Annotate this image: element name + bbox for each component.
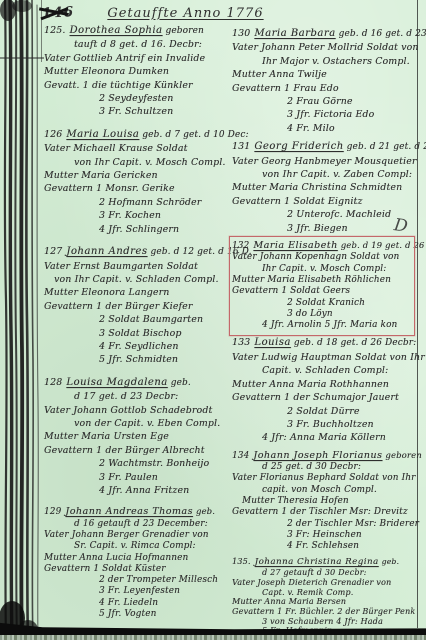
entry-name-suffix: geboren [166,26,204,36]
entry-line: Vater Ludwig Hauptman Soldat von Ihr [232,351,420,364]
entry-line: 2 der Tischler Msr: Briderer [232,519,420,530]
entry-line: 4 Fr. Liedeln [44,598,236,609]
page-title: Getauffte Anno 1776 [107,6,263,21]
entry-name-line: 135.Johanna Christina Reginageb. [232,557,420,568]
register-entry: 135.Johanna Christina Reginageb. d 27 ge… [232,557,420,636]
entry-line: Mutter Eleonora Langern [44,286,236,299]
register-entry: 129Johann Andreas Thomasgeb. d 16 getauf… [44,506,236,620]
register-page: 146 Getauffte Anno 1776 125.Dorothea Sop… [0,0,426,640]
entry-line: 4 Jfr: Anna Maria Köllern [232,431,420,444]
entry-number: 127 [44,246,62,257]
entry-name-suffix: geb. [382,557,399,566]
entry-line: Gevattern 1 der Tischler Msr: Drevitz [232,507,420,518]
entry-name-line: 125.Dorothea Sophiageboren [44,24,236,38]
entry-lines: d 25 get. d 30 Decbr:Vater Florianus Bep… [232,462,420,552]
entry-line: Gevattern 1 der Bürger Kiefer [44,300,236,313]
entry-line: Mutter Eleonora Dumken [44,65,236,78]
register-entry: 134Johann Joseph Florianusgeboren d 25 g… [232,450,420,553]
entry-name: Maria Elisabeth [253,240,337,251]
entry-line: Capt. v. Remik Comp. [232,588,420,598]
entry-line: Vater Gottlieb Antrif ein Invalide [44,52,236,65]
entry-line: d 16 getauft d 23 December: [44,519,236,530]
column-left: 125.Dorothea Sophiageboren tauft d 8 get… [44,24,236,629]
entry-name-suffix: geb. [171,378,191,388]
entry-name: Johann Andreas Thomas [65,506,193,517]
entry-line: Mutter Anna Maria Bersen [232,597,420,607]
entry-line: 3 Fr. Paulen [44,471,236,484]
entry-line: Gevattern 1 Monsr. Gerike [44,182,236,195]
entry-line: 4 Jfr. Anna Fritzen [44,484,236,497]
entry-line: 3 do Löyn [232,309,420,320]
entry-line: 2 Frau Görne [232,95,420,108]
entry-line: 2 Seydeyfesten [44,92,236,105]
entry-lines: Vater Johann Kopenhagn Soldat vonIhr Cap… [232,252,420,331]
register-entry: 133Louisageb. d 18 get. d 26 Decbr: Vate… [232,336,420,444]
entry-name-suffix: geb. d 19 get. d 26 Decbr [341,240,426,250]
entry-number: 134 [232,451,249,461]
entry-line: 3 Soldat Bischop [44,327,236,340]
entry-line: 2 der Trompeter Millesch [44,575,236,586]
page-header: 146 Getauffte Anno 1776 [42,2,382,21]
entry-line: Gevattern 1 der Schumajor Jauert [232,391,420,404]
register-entry: 127Johann Andresgeb. d 12 get. d 16 D. V… [44,245,236,367]
entry-line: 3 Jfr. Biegen [232,222,420,235]
entry-line: 2 Wachtmstr. Bonheijo [44,457,236,470]
entry-line: Ihr Capit. v. Mosch Compl: [232,264,420,275]
entry-name-suffix: geb. d 21 get. d 26 Decbr [347,142,426,152]
entry-name: Georg Friderich [254,141,343,152]
entry-name-suffix: geboren [385,450,421,460]
entry-line: 5 Jfr. Schmidten [44,353,236,366]
entry-name-suffix: geb. d 16 get. d 23 D. [339,29,426,39]
entry-lines: Vater Ernst Baumgarten Soldatvon Ihr Cap… [44,260,236,367]
register-entry: 131Georg Friderichgeb. d 21 get. d 26 De… [232,140,420,235]
entry-line: 2 Hofmann Schröder [44,196,236,209]
entry-line: Gevatt. 1 die tüchtige Künkler [44,79,236,92]
entry-line: 3 Fr. Kochen [44,209,236,222]
entry-line: Vater Ernst Baumgarten Soldat [44,260,236,273]
entry-name: Louisa Magdalena [66,377,167,388]
binding-ink-streaks [0,0,44,640]
entry-line: Vater Johann Peter Mollrid Soldat von [232,41,420,54]
entry-line: Vater Johann Kopenhagn Soldat von [232,252,420,263]
entry-number: 133 [232,337,250,348]
entry-lines: Vater Michaell Krause Soldatvon Ihr Capi… [44,142,236,236]
entry-line: 3 Jfr. Fictoria Edo [232,108,420,121]
entry-number: 131 [232,141,250,152]
entry-line: Vater Johann Berger Grenadier von [44,530,236,541]
entry-lines: Vater Ludwig Hauptman Soldat von IhrCapi… [232,351,420,445]
entry-name: Maria Barbara [254,28,335,39]
entry-line: 5 Jfr. Vogten [44,609,236,620]
entry-line: Gevattern 1 Soldat Geers [232,286,420,297]
entry-line: Vater Johann Gottlob Schadebrodt [44,404,236,417]
entry-line: tauft d 8 get. d 16. Decbr: [44,38,236,51]
entry-lines: Vater Georg Hanbmeyer Mousquetiervon Ihr… [232,155,420,235]
register-entry: 130Maria Barbarageb. d 16 get. d 23 D. V… [232,27,420,135]
entry-line: Mutter Theresia Hofen [232,496,420,507]
entry-line: Mutter Maria Christina Schmidten [232,181,420,194]
entry-line: 2 Unterofc. Machleid [232,208,420,221]
register-entry: 132Maria Elisabethgeb. d 19 get. d 26 De… [232,240,420,331]
entry-line: Sr. Capit. v. Rimca Compl: [44,541,236,552]
entry-line: d 25 get. d 30 Decbr: [232,462,420,473]
register-entry: 128Louisa Magdalenageb. d 17 get. d 23 D… [44,376,236,498]
entry-line: 2 Soldat Dürre [232,405,420,418]
entry-line: Gevattern 1 Soldat Küster [44,564,236,575]
entry-line: 3 Fr: Heinschen [232,530,420,541]
entry-line: Capit. v. Schladen Compl: [232,364,420,377]
crossed-out-page-number: 146 [42,4,75,22]
entry-line: 4 Jfr. Schlingern [44,223,236,236]
entry-line: 4 Fr. Milo [232,122,420,135]
register-entry: 126Maria Louisageb. d 7 get. d 10 Dec: V… [44,128,236,236]
entry-line: 3 Fr. Leyenfesten [44,586,236,597]
entry-number: 132 [232,241,249,251]
entry-name-line: 131Georg Friderichgeb. d 21 get. d 26 De… [232,140,420,154]
entry-line: 4 Fr. Schlehsen [232,541,420,552]
entry-lines: d 16 getauft d 23 December:Vater Johann … [44,519,236,621]
entry-name-line: 126Maria Louisageb. d 7 get. d 10 Dec: [44,128,236,142]
entry-line: Vater Michaell Krause Soldat [44,142,236,155]
entry-name-line: 127Johann Andresgeb. d 12 get. d 16 D. [44,245,236,259]
entry-number: 128 [44,377,62,388]
entry-line: von Ihr Capit. v. Schladen Compl. [44,273,236,286]
entry-line: 2 Soldat Baumgarten [44,313,236,326]
entry-number: 125. [44,25,66,36]
entry-name: Louisa [254,337,291,348]
entry-line: Mutter Anna Twilje [232,68,420,81]
entry-line: 3 Fr. Schultzen [44,105,236,118]
entry-lines: d 17 get. d 23 Decbr:Vater Johann Gottlo… [44,390,236,497]
entry-name-suffix: geb. d 18 get. d 26 Decbr: [294,338,416,348]
entry-name: Maria Louisa [66,129,139,140]
entry-name-line: 130Maria Barbarageb. d 16 get. d 23 D. [232,27,420,41]
entry-name-suffix: geb. [196,506,215,516]
entry-line: 3 von Schaubern 4 Jfr: Hada [232,617,420,627]
entry-lines: tauft d 8 get. d 16. Decbr:Vater Gottlie… [44,38,236,118]
entry-line: d 27 getauft d 30 Decbr: [232,568,420,578]
entry-number: 126 [44,129,62,140]
bottom-speckle-band [0,635,426,640]
entry-line: Vater Georg Hanbmeyer Mousquetier [232,155,420,168]
entry-name: Johann Andres [66,246,147,257]
entry-line: Gevattern 1 Frau Edo [232,82,420,95]
entry-name-line: 134Johann Joseph Florianusgeboren [232,450,420,462]
entry-line: Mutter Maria Elisabeth Röhlichen [232,275,420,286]
pen-flourish: D [393,215,409,237]
entry-line: von der Capit. v. Eben Compl. [44,417,236,430]
entry-line: 4 Jfr. Arnolin 5 Jfr. Maria kon [232,320,420,331]
entry-line: capit. von Mosch Compl. [232,485,420,496]
entry-line: Mutter Anna Maria Rothhannen [232,378,420,391]
entry-lines: Vater Johann Peter Mollrid Soldat vonIhr… [232,41,420,135]
entry-name-line: 128Louisa Magdalenageb. [44,376,236,390]
binding-ink-icon [0,0,44,640]
entry-line: Mutter Maria Ursten Ege [44,430,236,443]
entry-line: 2 Soldat Kranich [232,298,420,309]
entry-line: Mutter Maria Gericken [44,169,236,182]
entry-name-line: 129Johann Andreas Thomasgeb. [44,506,236,518]
entry-line: Gevattern 1 Fr. Büchler. 2 der Bürger Pe… [232,607,420,617]
entry-name: Johanna Christina Regina [255,557,379,567]
entry-line: Gevattern 1 Soldat Eignitz [232,195,420,208]
entry-line: Mutter Anna Lucia Hofmannen [44,553,236,564]
entry-number: 129 [44,507,61,517]
entry-line: Gevattern 1 der Bürger Albrecht [44,444,236,457]
entry-line: d 17 get. d 23 Decbr: [44,390,236,403]
entry-line: Vater Florianus Bephard Soldat von Ihr [232,473,420,484]
entry-lines: d 27 getauft d 30 Decbr:Vater Joseph Die… [232,568,420,636]
entry-name: Johann Joseph Florianus [253,450,382,461]
column-right: 130Maria Barbarageb. d 16 get. d 23 D. V… [232,27,420,640]
entry-name-line: 133Louisageb. d 18 get. d 26 Decbr: [232,336,420,350]
entry-name-line: 132Maria Elisabethgeb. d 19 get. d 26 De… [232,240,420,252]
entry-line: 4 Fr. Seydlichen [44,340,236,353]
register-entry: 125.Dorothea Sophiageboren tauft d 8 get… [44,24,236,119]
entry-number: 130 [232,28,250,39]
entry-line: Ihr Major v. Ostachers Compl. [232,55,420,68]
entry-line: 3 Fr. Buchholtzen [232,418,420,431]
entry-line: Vater Joseph Dieterich Grenadier von [232,578,420,588]
entry-line: von Ihr Capit. v. Mosch Compl. [44,156,236,169]
entry-line: von Ihr Capit. v. Zaben Compl: [232,168,420,181]
entry-name: Dorothea Sophia [70,25,163,36]
entry-number: 135. [232,557,251,566]
